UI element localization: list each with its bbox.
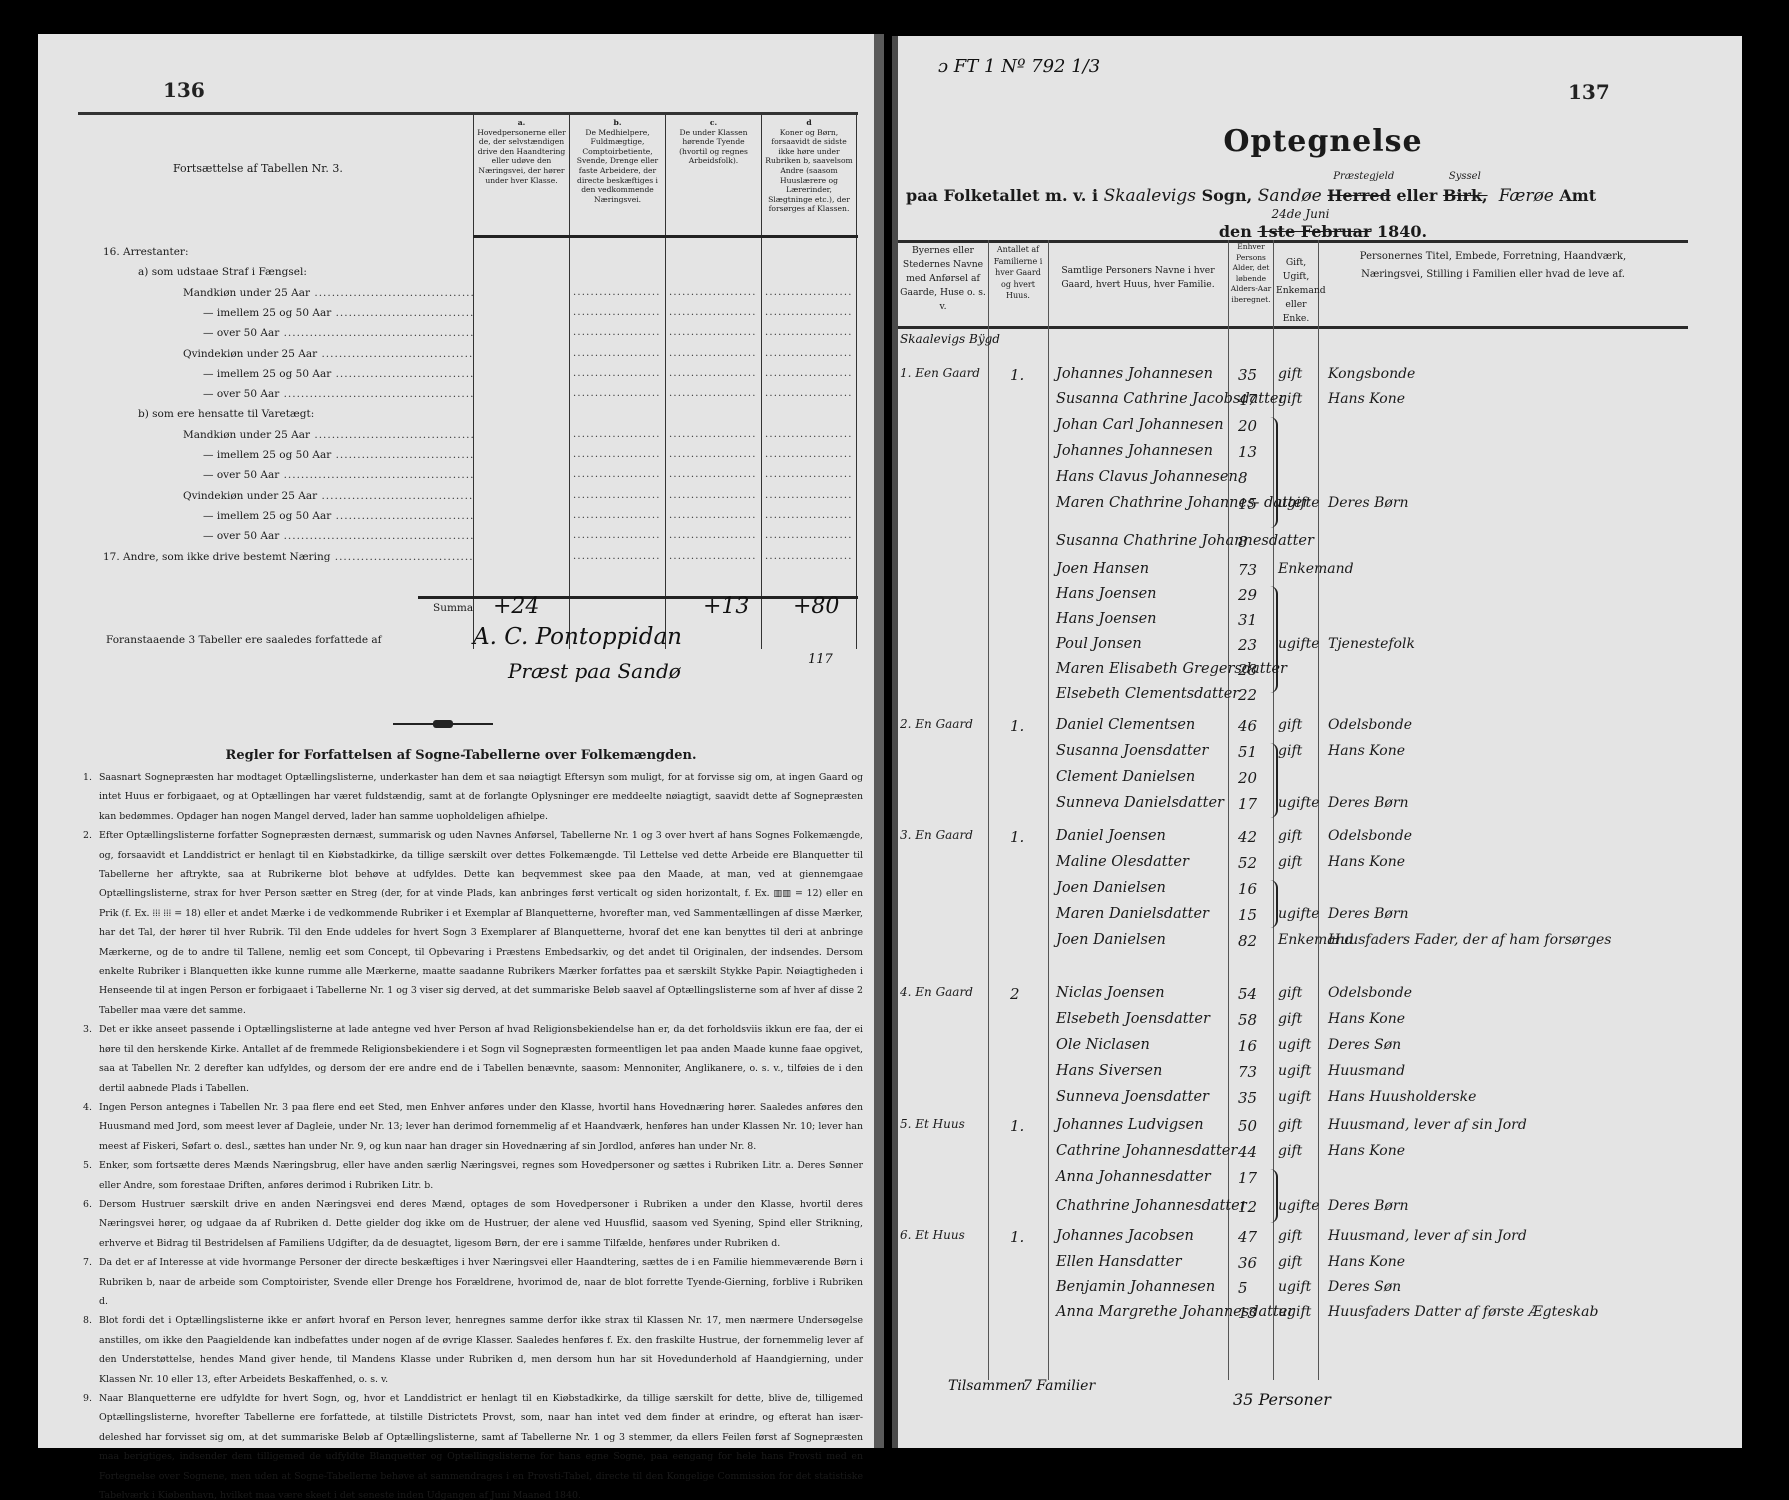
cell-age: 36: [1238, 1254, 1257, 1272]
census-row: Susanna Chathrine Johannesdatter8: [898, 533, 1748, 559]
cell-age: 28: [1238, 661, 1257, 679]
cell-age: 12: [1238, 1198, 1257, 1216]
cell-name: Ellen Hansdatter: [1056, 1254, 1182, 1270]
cell-place: 5. Et Huus: [900, 1117, 965, 1131]
cell-age: 44: [1238, 1143, 1257, 1161]
census-row: Joen Danielsen16: [898, 880, 1748, 906]
cell-status: ugifte: [1278, 1198, 1320, 1214]
arrestanter-row: Qvindekiøn under 25 Aar ................…: [78, 348, 473, 360]
arrestanter-row: 17. Andre, som ikke drive bestemt Næring…: [78, 551, 473, 563]
cell-age: 15: [1238, 495, 1257, 513]
cell-occupation: Huusfaders Datter af første Ægteskab: [1328, 1304, 1598, 1320]
cell-occupation: Deres Børn: [1328, 795, 1409, 811]
cell-occupation: Huusmand, lever af sin Jord: [1328, 1228, 1527, 1244]
cell-name: Joen Danielsen: [1056, 880, 1166, 896]
cell-age: 35: [1238, 366, 1257, 384]
census-subtitle: paa Folketallet m. v. i Skaalevigs Sogn,…: [906, 186, 1596, 206]
cell-place: 4. En Gaard: [900, 985, 973, 999]
cell-occupation: Hans Kone: [1328, 1011, 1405, 1027]
cell-status: ugift: [1278, 1304, 1311, 1320]
cell-occupation: Odelsbonde: [1328, 828, 1412, 844]
cell-status: ugifte: [1278, 795, 1320, 811]
cell-families: 1.: [1010, 366, 1024, 384]
rule-item: 8.Blot fordi det i Optællingslisterne ik…: [83, 1311, 863, 1389]
cell-name: Hans Siversen: [1056, 1063, 1162, 1079]
right-page: ɔ FT 1 Nº 792 1/3 137 Optegnelse paa Fol…: [892, 36, 1742, 1448]
arrestanter-row: — over 50 Aar ..........................…: [78, 530, 473, 542]
census-row: 3. En Gaard1.Daniel Joensen42giftOdelsbo…: [898, 828, 1748, 854]
cell-status: gift: [1278, 391, 1302, 407]
rules-list: 1.Saasnart Sognepræsten har modtaget Opt…: [83, 768, 863, 1500]
cell-name: Clement Danielsen: [1056, 769, 1195, 785]
left-page: 136 Fortsættelse af Tabellen Nr. 3. a.Ho…: [38, 34, 884, 1448]
cell-status: Enkemand: [1278, 561, 1354, 577]
village-heading: Skaalevigs Bÿgd: [900, 332, 1000, 346]
cell-name: Johannes Ludvigsen: [1056, 1117, 1204, 1133]
cell-age: 20: [1238, 417, 1257, 435]
cell-occupation: Deres Børn: [1328, 906, 1409, 922]
cell-name: Poul Jonsen: [1056, 636, 1142, 652]
cell-age: 8: [1238, 533, 1248, 551]
signature-name: A. C. Pontoppidan: [473, 624, 682, 650]
rule-item: 1.Saasnart Sognepræsten har modtaget Opt…: [83, 768, 863, 826]
cell-age: 51: [1238, 743, 1257, 761]
header-age: Enhver Persons Alder, det løbende Alders…: [1230, 242, 1272, 305]
cell-status: ugifte: [1278, 495, 1320, 511]
cell-age: 50: [1238, 1117, 1257, 1135]
cell-occupation: Hans Kone: [1328, 1143, 1405, 1159]
arrestanter-row: 16. Arrestanter:: [78, 246, 473, 258]
cell-name: Sunneva Danielsdatter: [1056, 795, 1224, 811]
header-occupation: Personernes Titel, Embede, Forretning, H…: [1328, 248, 1658, 284]
arrestanter-row: Qvindekiøn under 25 Aar ................…: [78, 490, 473, 502]
cell-occupation: Hans Huusholderske: [1328, 1089, 1476, 1105]
census-row: 5. Et Huus1.Johannes Ludvigsen50giftHuus…: [898, 1117, 1748, 1143]
arrestanter-row: Mandkiøn under 25 Aar ..................…: [78, 429, 473, 441]
census-row: Ellen Hansdatter36giftHans Kone: [898, 1254, 1748, 1280]
cell-age: 47: [1238, 391, 1257, 409]
census-row: 1. Een Gaard1.Johannes Johannesen35giftK…: [898, 366, 1748, 392]
cell-status: gift: [1278, 743, 1302, 759]
cell-place: 1. Een Gaard: [900, 366, 980, 380]
census-row: Hans Clavus Johannesen8: [898, 469, 1748, 495]
arrestanter-row: — over 50 Aar ..........................…: [78, 388, 473, 400]
cell-status: gift: [1278, 985, 1302, 1001]
census-row: Maren Elisabeth Gregersdatter28: [898, 661, 1748, 687]
census-row: 2. En Gaard1.Daniel Clementsen46giftOdel…: [898, 717, 1748, 743]
column-d: dKoner og Børn, forsaavidt de sidste ikk…: [761, 112, 857, 649]
rule-item: 6.Dersom Hustruer særskilt drive en ande…: [83, 1195, 863, 1253]
cell-occupation: Deres Søn: [1328, 1279, 1401, 1295]
cell-age: 17: [1238, 1169, 1257, 1187]
cell-occupation: Deres Børn: [1328, 1198, 1409, 1214]
cell-name: Joen Hansen: [1056, 561, 1149, 577]
cell-occupation: Huusmand: [1328, 1063, 1405, 1079]
cell-name: Maline Olesdatter: [1056, 854, 1189, 870]
ornament-divider: [393, 721, 493, 727]
arrestanter-row: — imellem 25 og 50 Aar .................…: [78, 510, 473, 522]
cell-age: 8: [1238, 469, 1248, 487]
census-row: Clement Danielsen20: [898, 769, 1748, 795]
census-table: Byernes eller Stedernes Navne med Anførs…: [898, 228, 1748, 1428]
rule-item: 5.Enker, som fortsætte deres Mænds Nærin…: [83, 1156, 863, 1195]
page-number-right: 137: [1568, 80, 1610, 104]
cell-families: 1.: [1010, 1228, 1024, 1246]
census-row: Maren Chathrine Johannes- datter15ugifte…: [898, 495, 1748, 521]
census-row: 6. Et Huus1.Johannes Jacobsen47giftHuusm…: [898, 1228, 1748, 1254]
column-c: c.De under Klassen hørende Tyende (hvort…: [665, 112, 761, 649]
cell-name: Maren Danielsdatter: [1056, 906, 1209, 922]
cell-occupation: Huusmand, lever af sin Jord: [1328, 1117, 1527, 1133]
column-a: a.Hovedpersonerne eller de, der selvstæn…: [473, 112, 569, 649]
arrestanter-row: — imellem 25 og 50 Aar .................…: [78, 368, 473, 380]
cell-name: Susanna Joensdatter: [1056, 743, 1208, 759]
cell-name: Daniel Clementsen: [1056, 717, 1195, 733]
cell-age: 29: [1238, 586, 1257, 604]
cell-place: 3. En Gaard: [900, 828, 973, 842]
arrestanter-row: a) som udstaae Straf i Fængsel:: [78, 266, 473, 278]
cell-age: 73: [1238, 561, 1257, 579]
summa-d: +80: [793, 594, 839, 619]
census-row: Susanna Joensdatter51giftHans Kone: [898, 743, 1748, 769]
cell-name: Johannes Johannesen: [1056, 443, 1213, 459]
cell-age: 22: [1238, 686, 1257, 704]
arrestanter-row: b) som ere hensatte til Varetægt:: [78, 408, 473, 420]
cell-status: gift: [1278, 828, 1302, 844]
cell-age: 17: [1238, 795, 1257, 813]
cell-occupation: Hans Kone: [1328, 391, 1405, 407]
cell-age: 47: [1238, 1228, 1257, 1246]
cell-occupation: Odelsbonde: [1328, 717, 1412, 733]
cell-name: Benjamin Johannesen: [1056, 1279, 1215, 1295]
cell-age: 73: [1238, 1063, 1257, 1081]
cell-status: gift: [1278, 854, 1302, 870]
cell-age: 13: [1238, 443, 1257, 461]
arrestanter-row: Mandkiøn under 25 Aar ..................…: [78, 287, 473, 299]
signature-label: Foranstaaende 3 Tabeller ere saaledes fo…: [106, 634, 382, 646]
cell-name: Johan Carl Johannesen: [1056, 417, 1224, 433]
census-row: Hans Siversen73ugiftHuusmand: [898, 1063, 1748, 1089]
document-title: Optegnelse: [898, 124, 1748, 159]
cell-status: ugifte: [1278, 636, 1320, 652]
census-row: Joen Hansen73Enkemand: [898, 561, 1748, 587]
cell-name: Hans Clavus Johannesen: [1056, 469, 1238, 485]
cell-name: Hans Joensen: [1056, 586, 1157, 602]
cell-age: 16: [1238, 880, 1257, 898]
cell-occupation: Kongsbonde: [1328, 366, 1415, 382]
column-b: b.De Medhielpere, Fuldmægtige, Comptoirb…: [569, 112, 665, 649]
header-place: Byernes eller Stedernes Navne med Anførs…: [898, 244, 988, 314]
cell-families: 1.: [1010, 1117, 1024, 1135]
census-row: Johannes Johannesen13: [898, 443, 1748, 469]
cell-age: 52: [1238, 854, 1257, 872]
arrestanter-row: — over 50 Aar ..........................…: [78, 327, 473, 339]
cell-status: ugift: [1278, 1089, 1311, 1105]
cell-age: 20: [1238, 769, 1257, 787]
cell-place: 2. En Gaard: [900, 717, 973, 731]
census-row: Hans Joensen31: [898, 611, 1748, 637]
census-row: Sunneva Joensdatter35ugiftHans Huusholde…: [898, 1089, 1748, 1115]
cell-occupation: Hans Kone: [1328, 1254, 1405, 1270]
cell-name: Anna Johannesdatter: [1056, 1169, 1211, 1185]
cell-age: 31: [1238, 611, 1257, 629]
cell-occupation: Huusfaders Fader, der af ham forsørges: [1328, 932, 1611, 948]
census-row: Maren Danielsdatter15ugifteDeres Børn: [898, 906, 1748, 932]
brace-children-2: [1270, 743, 1278, 818]
totals-persons: 35 Personer: [1233, 1390, 1331, 1409]
brace-children-5: [1270, 1169, 1278, 1223]
arrestanter-row: — imellem 25 og 50 Aar .................…: [78, 307, 473, 319]
cell-name: Niclas Joensen: [1056, 985, 1165, 1001]
census-row: Johan Carl Johannesen20: [898, 417, 1748, 443]
cell-status: gift: [1278, 1254, 1302, 1270]
cell-name: Elsebeth Joensdatter: [1056, 1011, 1210, 1027]
cell-occupation: Deres Børn: [1328, 495, 1409, 511]
district-name: Sandøe: [1258, 186, 1322, 206]
cell-status: ugift: [1278, 1037, 1311, 1053]
census-row: Cathrine Johannesdatter44giftHans Kone: [898, 1143, 1748, 1169]
column-headers: a.Hovedpersonerne eller de, der selvstæn…: [473, 112, 858, 649]
cell-age: 58: [1238, 1011, 1257, 1029]
arrestanter-row: — over 50 Aar ..........................…: [78, 469, 473, 481]
header-marital: Gift, Ugift, Enkemand eller Enke.: [1276, 256, 1316, 326]
rule-item: 3.Det er ikke anseet passende i Optællin…: [83, 1020, 863, 1098]
cell-occupation: Hans Kone: [1328, 743, 1405, 759]
cell-age: 5: [1238, 1279, 1248, 1297]
cell-status: ugift: [1278, 1279, 1311, 1295]
census-row: Benjamin Johannesen5ugiftDeres Søn: [898, 1279, 1748, 1305]
cell-name: Sunneva Joensdatter: [1056, 1089, 1209, 1105]
cell-status: gift: [1278, 366, 1302, 382]
census-row: Chathrine Johannesdatter12ugifteDeres Bø…: [898, 1198, 1748, 1224]
cell-name: Joen Danielsen: [1056, 932, 1166, 948]
cell-name: Ole Niclasen: [1056, 1037, 1150, 1053]
cell-occupation: Hans Kone: [1328, 854, 1405, 870]
cell-status: gift: [1278, 1228, 1302, 1244]
cell-age: 23: [1238, 636, 1257, 654]
census-row: Hans Joensen29: [898, 586, 1748, 612]
rule-item: 9.Naar Blanquetterne ere udfyldte for hv…: [83, 1389, 863, 1500]
cell-name: Chathrine Johannesdatter: [1056, 1198, 1247, 1214]
table-3-continuation: Fortsættelse af Tabellen Nr. 3. a.Hovedp…: [78, 112, 858, 649]
cell-name: Elsebeth Clementsdatter: [1056, 686, 1239, 702]
census-row: Poul Jonsen23ugifteTjenestefolk: [898, 636, 1748, 662]
cell-age: 82: [1238, 932, 1257, 950]
summa-c: +13: [703, 594, 749, 619]
parish-name: Skaalevigs: [1104, 186, 1196, 206]
census-row: Joen Danielsen82EnkemandHuusfaders Fader…: [898, 932, 1748, 958]
cell-age: 15: [1238, 906, 1257, 924]
cell-age: 54: [1238, 985, 1257, 1003]
cell-age: 42: [1238, 828, 1257, 846]
cell-status: gift: [1278, 1143, 1302, 1159]
census-row: 4. En Gaard2Niclas Joensen54giftOdelsbon…: [898, 985, 1748, 1011]
header-names: Samtlige Personers Navne i hver Gaard, h…: [1058, 264, 1218, 292]
signature-title: Præst paa Sandø: [508, 659, 681, 683]
cell-occupation: Deres Søn: [1328, 1037, 1401, 1053]
rule-item: 7.Da det er af Interesse at vide hvorman…: [83, 1253, 863, 1311]
cell-occupation: Odelsbonde: [1328, 985, 1412, 1001]
cell-name: Cathrine Johannesdatter: [1056, 1143, 1237, 1159]
cell-age: 16: [1238, 1037, 1257, 1055]
totals-families: 7 Familier: [1023, 1378, 1095, 1394]
cell-status: gift: [1278, 717, 1302, 733]
cell-name: Johannes Johannesen: [1056, 366, 1213, 382]
cell-name: Anna Margrethe Johannesdatter: [1056, 1304, 1294, 1320]
census-row: Anna Margrethe Johannesdatter13ugiftHuus…: [898, 1304, 1748, 1330]
cell-status: gift: [1278, 1117, 1302, 1133]
county-name: Færøe: [1499, 186, 1554, 206]
summa-label: Summa: [433, 602, 473, 614]
cell-name: Susanna Chathrine Johannesdatter: [1056, 533, 1314, 549]
cell-status: gift: [1278, 1011, 1302, 1027]
rule-item: 4.Ingen Person antegnes i Tabellen Nr. 3…: [83, 1098, 863, 1156]
rule-item: 2.Efter Optællingslisterne forfatter Sog…: [83, 826, 863, 1020]
cell-age: 46: [1238, 717, 1257, 735]
arrestanter-row: — imellem 25 og 50 Aar .................…: [78, 449, 473, 461]
cell-families: 1.: [1010, 717, 1024, 735]
cell-age: 13: [1238, 1304, 1257, 1322]
brace-servants: [1270, 586, 1278, 693]
summa-a: +24: [493, 594, 539, 619]
archive-reference: ɔ FT 1 Nº 792 1/3: [938, 56, 1100, 77]
totals-label: Tilsammen: [948, 1378, 1026, 1394]
cell-status: ugift: [1278, 1063, 1311, 1079]
header-families: Antallet af Familierne i hver Gaard og h…: [990, 244, 1046, 302]
brace-children-3: [1270, 880, 1278, 928]
cell-status: ugifte: [1278, 906, 1320, 922]
census-row: Elsebeth Joensdatter58giftHans Kone: [898, 1011, 1748, 1037]
cell-families: 1.: [1010, 828, 1024, 846]
rules-title: Regler for Forfattelsen af Sogne-Tabelle…: [38, 748, 884, 763]
cell-age: 35: [1238, 1089, 1257, 1107]
cell-name: Johannes Jacobsen: [1056, 1228, 1194, 1244]
cell-occupation: Tjenestefolk: [1328, 636, 1415, 652]
cell-name: Hans Joensen: [1056, 611, 1157, 627]
census-row: Maline Olesdatter52giftHans Kone: [898, 854, 1748, 880]
census-row: Elsebeth Clementsdatter22: [898, 686, 1748, 712]
census-row: Ole Niclasen16ugiftDeres Søn: [898, 1037, 1748, 1063]
census-row: Susanna Cathrine Jacobsdatter47giftHans …: [898, 391, 1748, 417]
table-title: Fortsættelse af Tabellen Nr. 3.: [173, 162, 343, 175]
cell-name: Daniel Joensen: [1056, 828, 1166, 844]
census-row: Anna Johannesdatter17: [898, 1169, 1748, 1195]
brace-children-1: [1270, 417, 1278, 528]
page-number-left: 136: [163, 78, 205, 102]
cell-place: 6. Et Huus: [900, 1228, 965, 1242]
census-row: Sunneva Danielsdatter17ugifteDeres Børn: [898, 795, 1748, 821]
margin-number: 117: [808, 652, 833, 667]
cell-families: 2: [1010, 985, 1020, 1003]
